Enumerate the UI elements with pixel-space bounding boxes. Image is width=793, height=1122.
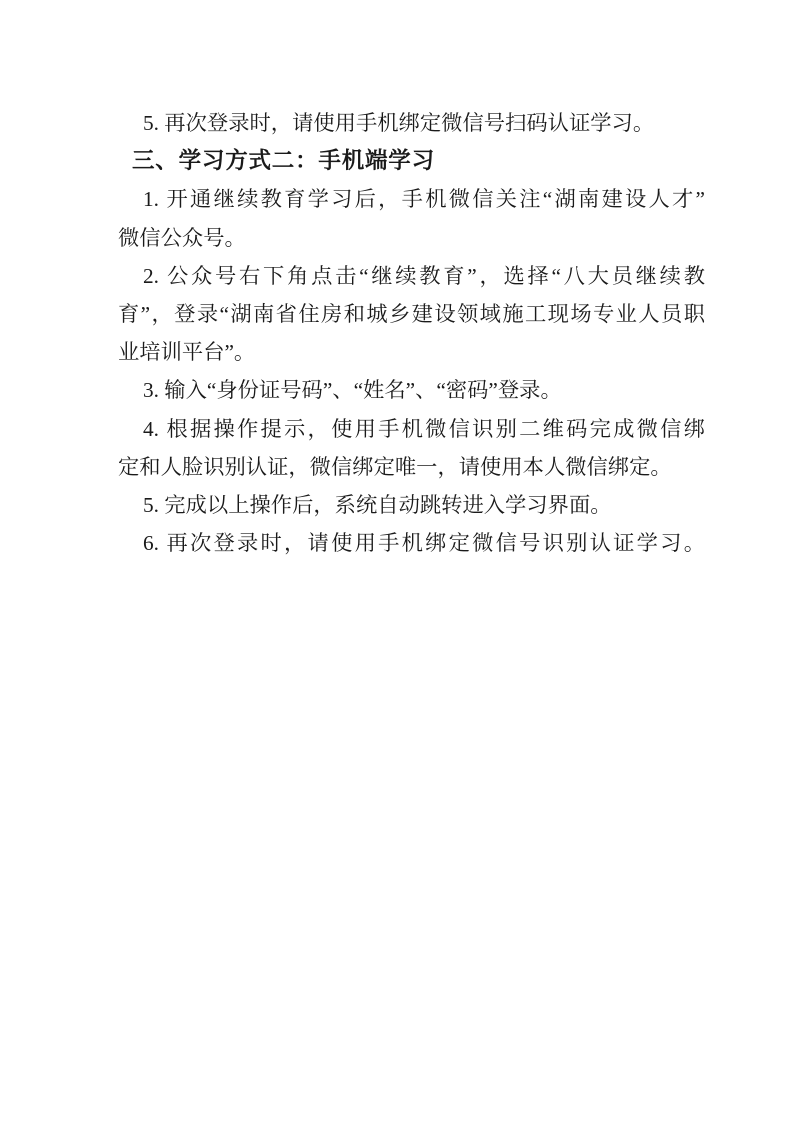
doc-line-item2-click-menu: 2. 公众号右下角点击“继续教育”，选择“八大员继续教 [118,257,705,295]
doc-line-item5-scan-login: 5. 再次登录时，请使用手机绑定微信号扫码认证学习。 [118,104,705,142]
doc-line-item6-relogin: 6. 再次登录时，请使用手机绑定微信号识别认证学习。 [118,524,705,562]
doc-line-item5-auto-redirect: 5. 完成以上操作后，系统自动跳转进入学习界面。 [118,486,705,524]
section-heading: 三、学习方式二：手机端学习 [118,142,705,180]
doc-line-item4-continuation: 定和人脸识别认证，微信绑定唯一，请使用本人微信绑定。 [118,448,705,486]
doc-line-item2-continuation-2: 业培训平台”。 [118,333,705,371]
doc-line-item1-continuation: 微信公众号。 [118,219,705,257]
doc-line-item2-continuation-1: 育”，登录“湖南省住房和城乡建设领域施工现场专业人员职 [118,295,705,333]
doc-line-item3-input-login: 3. 输入“身份证号码”、“姓名”、“密码”登录。 [118,371,705,409]
doc-line-item4-qrcode-bind: 4. 根据操作提示，使用手机微信识别二维码完成微信绑 [118,410,705,448]
document-page: 5. 再次登录时，请使用手机绑定微信号扫码认证学习。 三、学习方式二：手机端学习… [0,0,793,1122]
doc-line-item1-follow-account: 1. 开通继续教育学习后，手机微信关注“湖南建设人才” [118,180,705,218]
